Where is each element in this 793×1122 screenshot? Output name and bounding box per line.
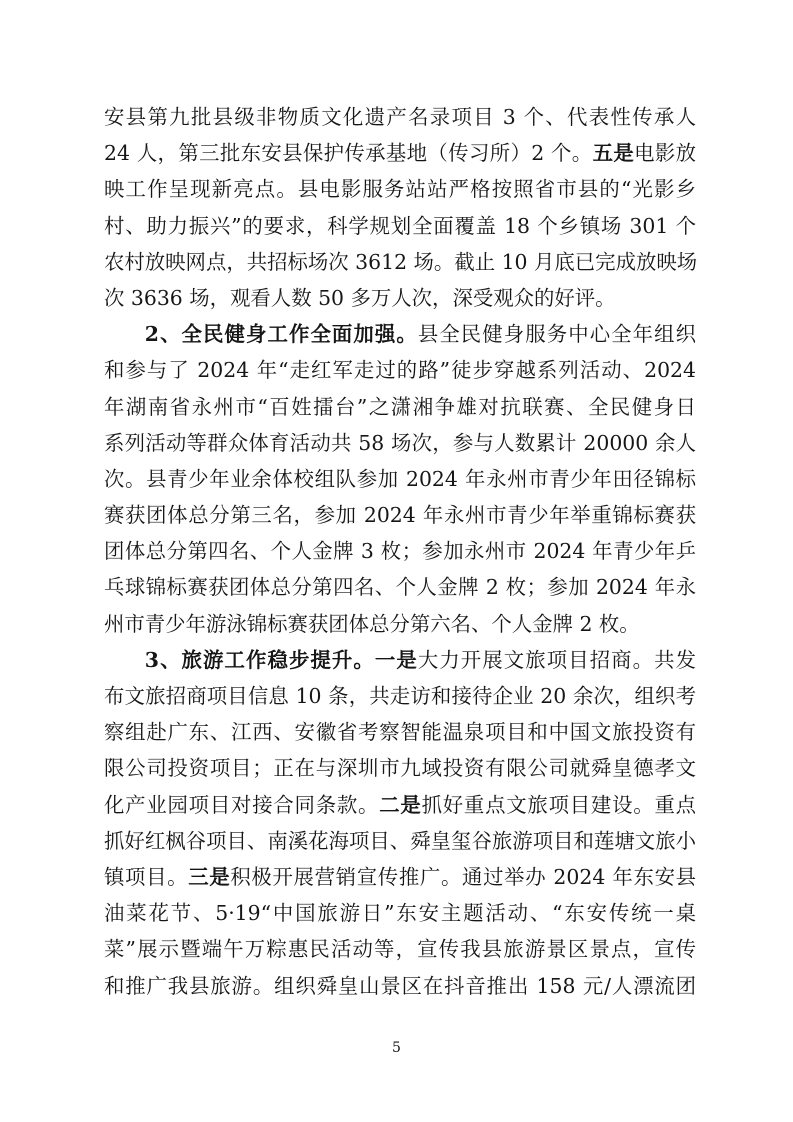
text-line: 3、旅游工作稳步提升。一是大力开展文旅项目招商。共发: [104, 642, 696, 678]
text-line: 次。县青少年业余体校组队参加 2024 年永州市青少年田径锦标: [104, 461, 696, 497]
text-line: 化产业园项目对接合同条款。二是抓好重点文旅项目建设。重点: [104, 787, 696, 823]
page-number: 5: [392, 1040, 401, 1056]
text-run: 镇项目。: [104, 865, 188, 889]
text-line: 州市青少年游泳锦标赛获团体总分第六名、个人金牌 2 枚。: [104, 606, 696, 642]
text-line: 乓球锦标赛获团体总分第四名、个人金牌 2 枚；参加 2024 年永: [104, 569, 696, 605]
bold-text-run: 五是: [593, 141, 635, 165]
text-run: 布文旅招商项目信息 10 条，共走访和接待企业 20 余次，组织考: [104, 684, 696, 708]
text-line: 布文旅招商项目信息 10 条，共走访和接待企业 20 余次，组织考: [104, 678, 696, 714]
text-line: 和推广我县旅游。组织舜皇山景区在抖音推出 158 元/人漂流团: [104, 968, 696, 1004]
text-line: 限公司投资项目；正在与深圳市九域投资有限公司就舜皇德孝文: [104, 750, 696, 786]
text-line: 年湖南省永州市“百姓擂台”之潇湘争雄对抗联赛、全民健身日: [104, 389, 696, 425]
text-line: 抓好红枫谷项目、南溪花海项目、舜皇玺谷旅游项目和莲塘文旅小: [104, 823, 696, 859]
document-page: 安县第九批县级非物质文化遗产名录项目 3 个、代表性传承人24 人，第三批东安县…: [0, 0, 793, 1122]
text-run: 菜”展示暨端午万粽惠民活动等，宣传我县旅游景区景点，宣传: [104, 937, 696, 961]
text-line: 24 人，第三批东安县保护传承基地（传习所）2 个。五是电影放: [104, 135, 696, 171]
text-run: 州市青少年游泳锦标赛获团体总分第六名、个人金牌 2 枚。: [104, 612, 640, 636]
text-line: 系列活动等群众体育活动共 58 场次，参与人数累计 20000 余人: [104, 425, 696, 461]
text-run: 抓好重点文旅项目建设。重点: [422, 793, 696, 817]
text-run: 大力开展文旅项目招商。共发: [418, 648, 696, 672]
text-line: 赛获团体总分第三名，参加 2024 年永州市青少年举重锦标赛获: [104, 497, 696, 533]
text-run: 团体总分第四名、个人金牌 3 枚；参加永州市 2024 年青少年乒: [104, 539, 696, 563]
text-run: 和参与了 2024 年“走红军走过的路”徒步穿越系列活动、2024: [104, 358, 696, 382]
text-run: 察组赴广东、江西、安徽省考察智能温泉项目和中国文旅投资有: [104, 720, 696, 744]
text-line: 团体总分第四名、个人金牌 3 枚；参加永州市 2024 年青少年乒: [104, 533, 696, 569]
text-run: 安县第九批县级非物质文化遗产名录项目 3 个、代表性传承人: [104, 105, 696, 129]
text-run: 24 人，第三批东安县保护传承基地（传习所）2 个。: [104, 141, 593, 165]
text-line: 村、助力振兴”的要求，科学规划全面覆盖 18 个乡镇场 301 个: [104, 208, 696, 244]
text-run: 化产业园项目对接合同条款。: [104, 793, 379, 817]
text-run: 县全民健身服务中心全年组织: [418, 322, 696, 346]
text-run: 乓球锦标赛获团体总分第四名、个人金牌 2 枚；参加 2024 年永: [104, 575, 696, 599]
page-footer: 5: [0, 1038, 793, 1058]
text-line: 镇项目。三是积极开展营销宣传推广。通过举办 2024 年东安县: [104, 859, 696, 895]
text-run: 次。县青少年业余体校组队参加 2024 年永州市青少年田径锦标: [104, 467, 696, 491]
text-line: 次 3636 场，观看人数 50 多万人次，深受观众的好评。: [104, 280, 696, 316]
document-body: 安县第九批县级非物质文化遗产名录项目 3 个、代表性传承人24 人，第三批东安县…: [104, 99, 696, 1004]
text-line: 菜”展示暨端午万粽惠民活动等，宣传我县旅游景区景点，宣传: [104, 931, 696, 967]
text-run: 赛获团体总分第三名，参加 2024 年永州市青少年举重锦标赛获: [104, 503, 696, 527]
text-run: 电影放: [634, 141, 696, 165]
text-run: 限公司投资项目；正在与深圳市九域投资有限公司就舜皇德孝文: [104, 756, 696, 780]
text-line: 安县第九批县级非物质文化遗产名录项目 3 个、代表性传承人: [104, 99, 696, 135]
text-run: 积极开展营销宣传推广。通过举办 2024 年东安县: [230, 865, 696, 889]
text-line: 油菜花节、5·19“中国旅游日”东安主题活动、“东安传统一桌: [104, 895, 696, 931]
text-run: 次 3636 场，观看人数 50 多万人次，深受观众的好评。: [104, 286, 616, 310]
text-run: 系列活动等群众体育活动共 58 场次，参与人数累计 20000 余人: [104, 431, 696, 455]
bold-text-run: 3、旅游工作稳步提升。一是: [145, 648, 418, 672]
text-line: 映工作呈现新亮点。县电影服务站站严格按照省市县的“光影乡: [104, 171, 696, 207]
text-line: 察组赴广东、江西、安徽省考察智能温泉项目和中国文旅投资有: [104, 714, 696, 750]
bold-text-run: 二是: [379, 793, 421, 817]
text-line: 和参与了 2024 年“走红军走过的路”徒步穿越系列活动、2024: [104, 352, 696, 388]
text-run: 抓好红枫谷项目、南溪花海项目、舜皇玺谷旅游项目和莲塘文旅小: [104, 829, 696, 853]
text-run: 油菜花节、5·19“中国旅游日”东安主题活动、“东安传统一桌: [104, 901, 696, 925]
bold-text-run: 2、全民健身工作全面加强。: [145, 322, 418, 346]
text-run: 年湖南省永州市“百姓擂台”之潇湘争雄对抗联赛、全民健身日: [104, 395, 696, 419]
text-line: 2、全民健身工作全面加强。县全民健身服务中心全年组织: [104, 316, 696, 352]
text-line: 农村放映网点，共招标场次 3612 场。截止 10 月底已完成放映场: [104, 244, 696, 280]
text-run: 映工作呈现新亮点。县电影服务站站严格按照省市县的“光影乡: [104, 177, 696, 201]
text-run: 和推广我县旅游。组织舜皇山景区在抖音推出 158 元/人漂流团: [104, 974, 696, 998]
text-run: 村、助力振兴”的要求，科学规划全面覆盖 18 个乡镇场 301 个: [104, 214, 696, 238]
text-run: 农村放映网点，共招标场次 3612 场。截止 10 月底已完成放映场: [104, 250, 697, 274]
bold-text-run: 三是: [188, 865, 230, 889]
